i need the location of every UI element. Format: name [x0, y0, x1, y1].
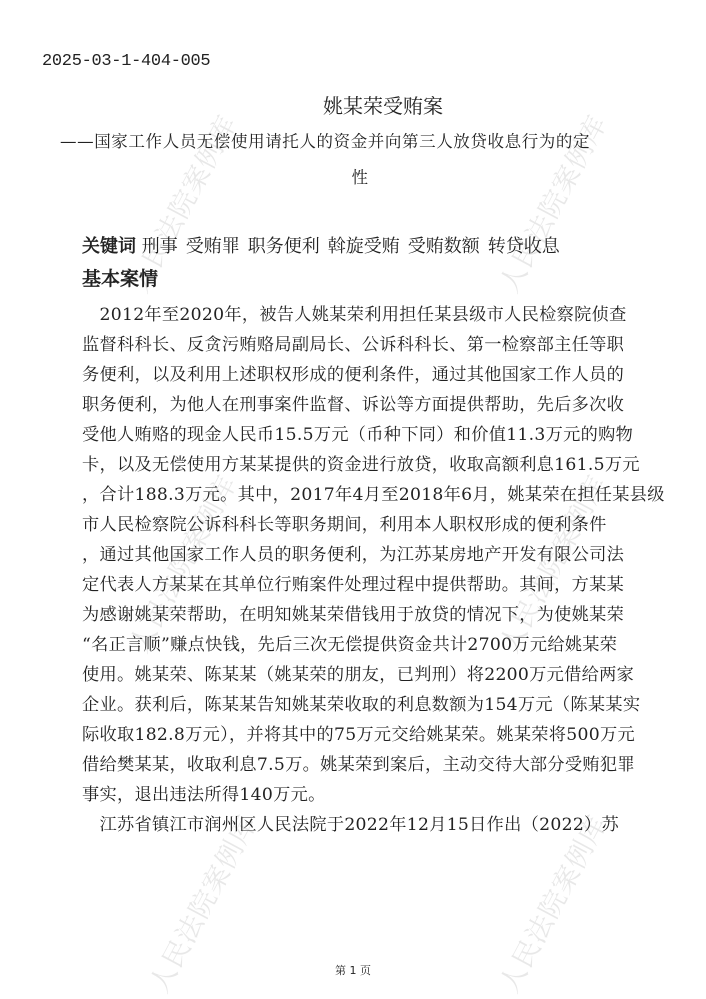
- page-number: 第 1 页: [0, 962, 706, 978]
- case-subtitle: ——国家工作人员无偿使用请托人的资金并向第三人放贷收息行为的定 性: [60, 124, 660, 196]
- body-line: 际收取182.8万元），并将其中的75万元交给姚某荣。姚某荣将500万元: [82, 720, 682, 750]
- case-title: 姚某荣受贿案: [0, 90, 706, 119]
- section-heading: 基本案情: [82, 264, 158, 291]
- body-line: ，合计188.3万元。其中，2017年4月至2018年6月，姚某荣在担任某县级: [82, 480, 682, 510]
- body-line: 企业。获利后，陈某某告知姚某荣收取的利息数额为154万元（陈某某实: [82, 690, 682, 720]
- body-line: 职务便利，为他人在刑事案件监督、诉讼等方面提供帮助，先后多次收: [82, 390, 682, 420]
- body-line: ，通过其他国家工作人员的职务便利，为江苏某房地产开发有限公司法: [82, 540, 682, 570]
- body-line: 为感谢姚某荣帮助，在明知姚某荣借钱用于放贷的情况下，为使姚某荣: [82, 600, 682, 630]
- case-body: 2012年至2020年，被告人姚某荣利用担任某县级市人民检察院侦查 监督科科长、…: [82, 300, 682, 840]
- body-line: 借给樊某某，收取利息7.5万。姚某荣到案后，主动交待大部分受贿犯罪: [82, 750, 682, 780]
- body-line: 使用。姚某荣、陈某某（姚某荣的朋友，已判刑）将2200万元借给两家: [82, 660, 682, 690]
- keyword: 受贿数额: [408, 236, 480, 257]
- keyword: 斡旋受贿: [328, 236, 400, 257]
- body-line: 定代表人方某某在其单位行贿案件处理过程中提供帮助。其间，方某某: [82, 570, 682, 600]
- keyword: 受贿罪: [186, 236, 240, 257]
- subtitle-line-2: 性: [60, 160, 660, 196]
- body-line: 务便利，以及利用上述职权形成的便利条件，通过其他国家工作人员的: [82, 360, 682, 390]
- body-line: 事实，退出违法所得140万元。: [82, 780, 682, 810]
- keyword: 职务便利: [248, 236, 320, 257]
- keyword: 转贷收息: [488, 236, 560, 257]
- body-line: 江苏省镇江市润州区人民法院于2022年12月15日作出（2022）苏: [82, 810, 682, 840]
- document-number: 2025-03-1-404-005: [42, 52, 210, 71]
- body-line: 2012年至2020年，被告人姚某荣利用担任某县级市人民检察院侦查: [82, 300, 682, 330]
- keyword: 刑事: [142, 236, 178, 257]
- body-line: 市人民检察院公诉科科长等职务期间，利用本人职权形成的便利条件: [82, 510, 682, 540]
- body-line: 监督科科长、反贪污贿赂局副局长、公诉科科长、第一检察部主任等职: [82, 330, 682, 360]
- keywords-row: 关键词 刑事受贿罪职务便利斡旋受贿受贿数额转贷收息: [82, 232, 568, 258]
- subtitle-line-1: ——国家工作人员无偿使用请托人的资金并向第三人放贷收息行为的定: [60, 124, 660, 160]
- keywords-label: 关键词: [82, 236, 136, 257]
- body-line: 受他人贿赂的现金人民币15.5万元（币种下同）和价值11.3万元的购物: [82, 420, 682, 450]
- body-line: 卡，以及无偿使用方某某提供的资金进行放贷，收取高额利息161.5万元: [82, 450, 682, 480]
- body-line: “名正言顺”赚点快钱，先后三次无偿提供资金共计2700万元给姚某荣: [82, 630, 682, 660]
